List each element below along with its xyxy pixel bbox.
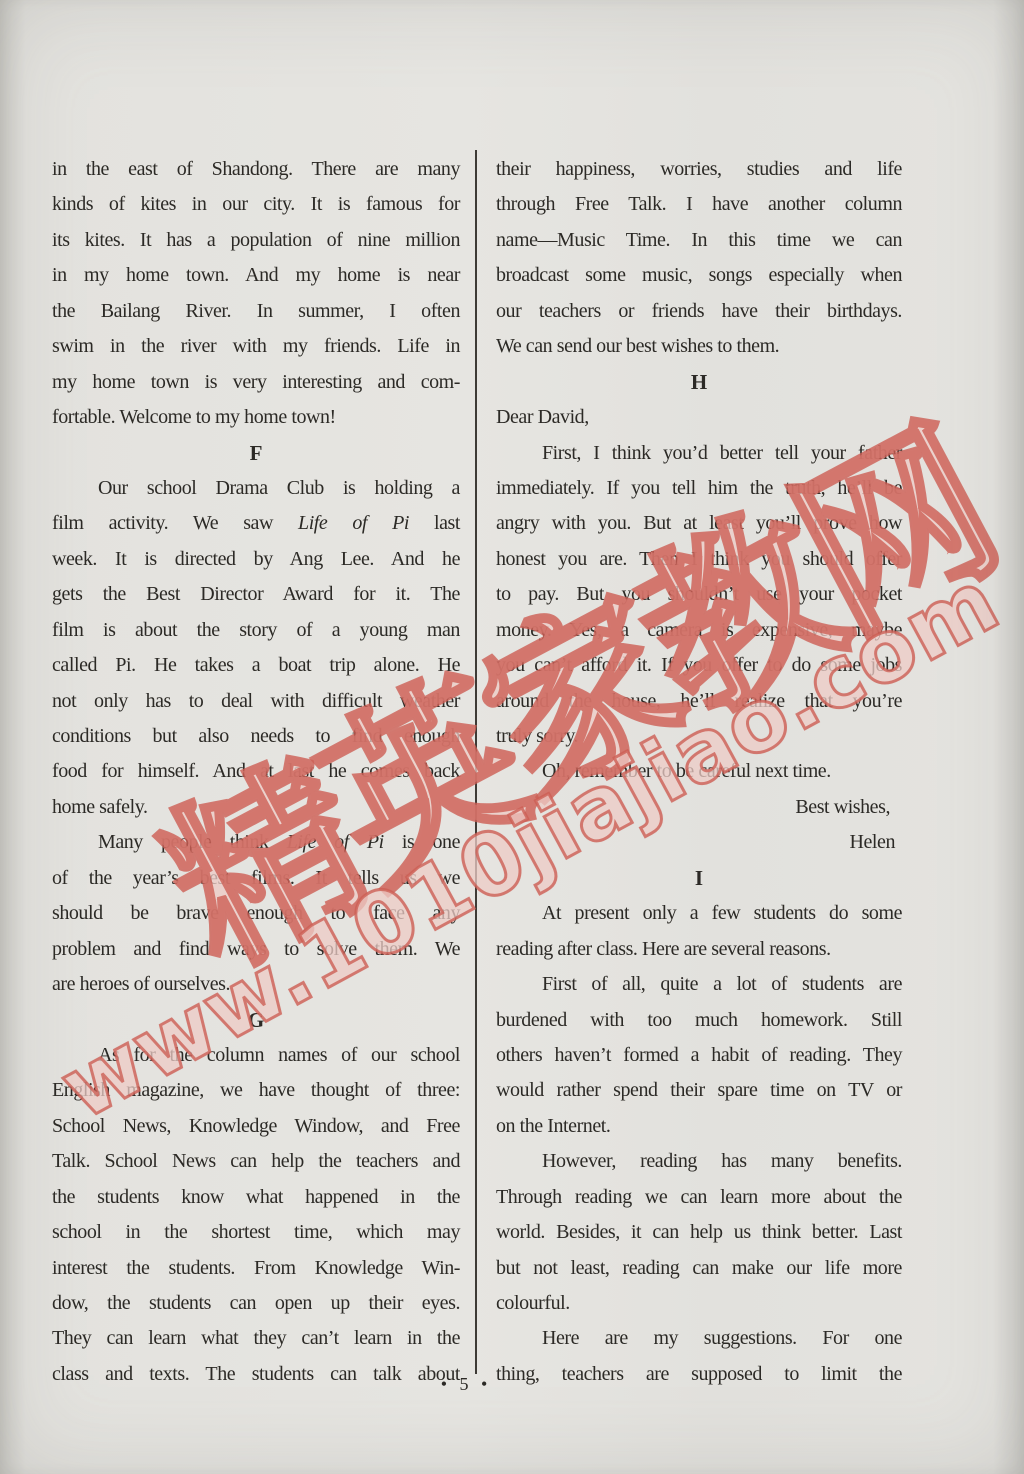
text-line: film activity. We saw Life of Pi last <box>52 506 460 541</box>
text-line: you can’t afford it. If you offer to do … <box>496 648 902 683</box>
text-line: Many people think Life of Pi is one <box>52 825 460 860</box>
text-line: home safely. <box>52 790 460 825</box>
text-line: to pay. But you shouldn’t use your pocke… <box>496 577 902 612</box>
italic-title-text: Life of Pi <box>298 512 409 534</box>
text-line: burdened with too much homework. Still <box>496 1003 902 1038</box>
page-number: • 5 • <box>416 1374 516 1395</box>
text-line: Dear David, <box>496 400 902 435</box>
text-line: not only has to deal with difficult weat… <box>52 684 460 719</box>
text-line: world. Besides, it can help us think bet… <box>496 1215 902 1250</box>
text-line: problem and find ways to solve them. We <box>52 932 460 967</box>
text-line: They can learn what they can’t learn in … <box>52 1321 460 1356</box>
text-line: broadcast some music, songs especially w… <box>496 258 902 293</box>
text-line: colourful. <box>496 1286 902 1321</box>
text-line: fortable. Welcome to my home town! <box>52 400 460 435</box>
left-column: in the east of Shandong. There are manyk… <box>52 152 460 1392</box>
text-line: honest you are. Then I think you should … <box>496 542 902 577</box>
text-line: Oh, remember to be careful next time. <box>496 754 902 789</box>
text-line: First of all, quite a lot of students ar… <box>496 967 902 1002</box>
text-line: others haven’t formed a habit of reading… <box>496 1038 902 1073</box>
text-line: class and texts. The students can talk a… <box>52 1357 460 1392</box>
text-line: English magazine, we have thought of thr… <box>52 1073 460 1108</box>
text-line: name—Music Time. In this time we can <box>496 223 902 258</box>
text-line: food for himself. And at last he comes b… <box>52 754 460 789</box>
text-line: are heroes of ourselves. <box>52 967 460 1002</box>
text-line: the students know what happened in the <box>52 1180 460 1215</box>
italic-title-text: Life of Pi <box>287 831 384 853</box>
text-line: gets the Best Director Award for it. The <box>52 577 460 612</box>
text-line: We can send our best wishes to them. <box>496 329 902 364</box>
text-line: in the east of Shandong. There are many <box>52 152 460 187</box>
text-line: in my home town. And my home is near <box>52 258 460 293</box>
text-line: money. Yes, a camera is expensive, maybe <box>496 613 902 648</box>
text-line: should be brave enough to face any <box>52 896 460 931</box>
text-line: film is about the story of a young man <box>52 613 460 648</box>
text-line: the Bailang River. In summer, I often <box>52 294 460 329</box>
text-line: kinds of kites in our city. It is famous… <box>52 187 460 222</box>
text-line: Helen <box>496 825 902 860</box>
text-line: my home town is very interesting and com… <box>52 365 460 400</box>
text-line: interest the students. From Knowledge Wi… <box>52 1251 460 1286</box>
column-divider <box>475 150 477 1374</box>
text-line: through Free Talk. I have another column <box>496 187 902 222</box>
text-segment: last <box>409 512 460 534</box>
text-line: As for the column names of our school <box>52 1038 460 1073</box>
text-line: called Pi. He takes a boat trip alone. H… <box>52 648 460 683</box>
text-line: would rather spend their spare time on T… <box>496 1073 902 1108</box>
text-line: swim in the river with my friends. Life … <box>52 329 460 364</box>
text-line: but not least, reading can make our life… <box>496 1251 902 1286</box>
text-line: Here are my suggestions. For one <box>496 1321 902 1356</box>
text-line: immediately. If you tell him the truth, … <box>496 471 902 506</box>
text-line: Our school Drama Club is holding a <box>52 471 460 506</box>
section-heading: I <box>496 861 902 896</box>
text-segment: Many people think <box>98 831 287 853</box>
section-heading: H <box>496 365 902 400</box>
text-line: week. It is directed by Ang Lee. And he <box>52 542 460 577</box>
text-line: of the year’s best films. It tells us we <box>52 861 460 896</box>
text-segment: is one <box>384 831 460 853</box>
section-heading: G <box>52 1003 460 1038</box>
text-line: their happiness, worries, studies and li… <box>496 152 902 187</box>
text-line: School News, Knowledge Window, and Free <box>52 1109 460 1144</box>
text-line: At present only a few students do some <box>496 896 902 931</box>
right-column: their happiness, worries, studies and li… <box>496 152 902 1392</box>
text-line: dow, the students can open up their eyes… <box>52 1286 460 1321</box>
text-line: on the Internet. <box>496 1109 902 1144</box>
text-line: First, I think you’d better tell your fa… <box>496 436 902 471</box>
text-line: truly sorry. <box>496 719 902 754</box>
text-line: thing, teachers are supposed to limit th… <box>496 1357 902 1392</box>
text-line: conditions but also needs to find enough <box>52 719 460 754</box>
text-line: Talk. School News can help the teachers … <box>52 1144 460 1179</box>
text-line: However, reading has many benefits. <box>496 1144 902 1179</box>
scanned-page: in the east of Shandong. There are manyk… <box>0 0 1024 1474</box>
text-line: around the house, he’ll realize that you… <box>496 684 902 719</box>
text-line: Best wishes, <box>496 790 902 825</box>
text-line: our teachers or friends have their birth… <box>496 294 902 329</box>
text-line: Through reading we can learn more about … <box>496 1180 902 1215</box>
section-heading: F <box>52 436 460 471</box>
text-segment: film activity. We saw <box>52 512 298 534</box>
text-line: school in the shortest time, which may <box>52 1215 460 1250</box>
text-line: angry with you. But at least you’ll prov… <box>496 506 902 541</box>
text-line: reading after class. Here are several re… <box>496 932 902 967</box>
text-line: its kites. It has a population of nine m… <box>52 223 460 258</box>
